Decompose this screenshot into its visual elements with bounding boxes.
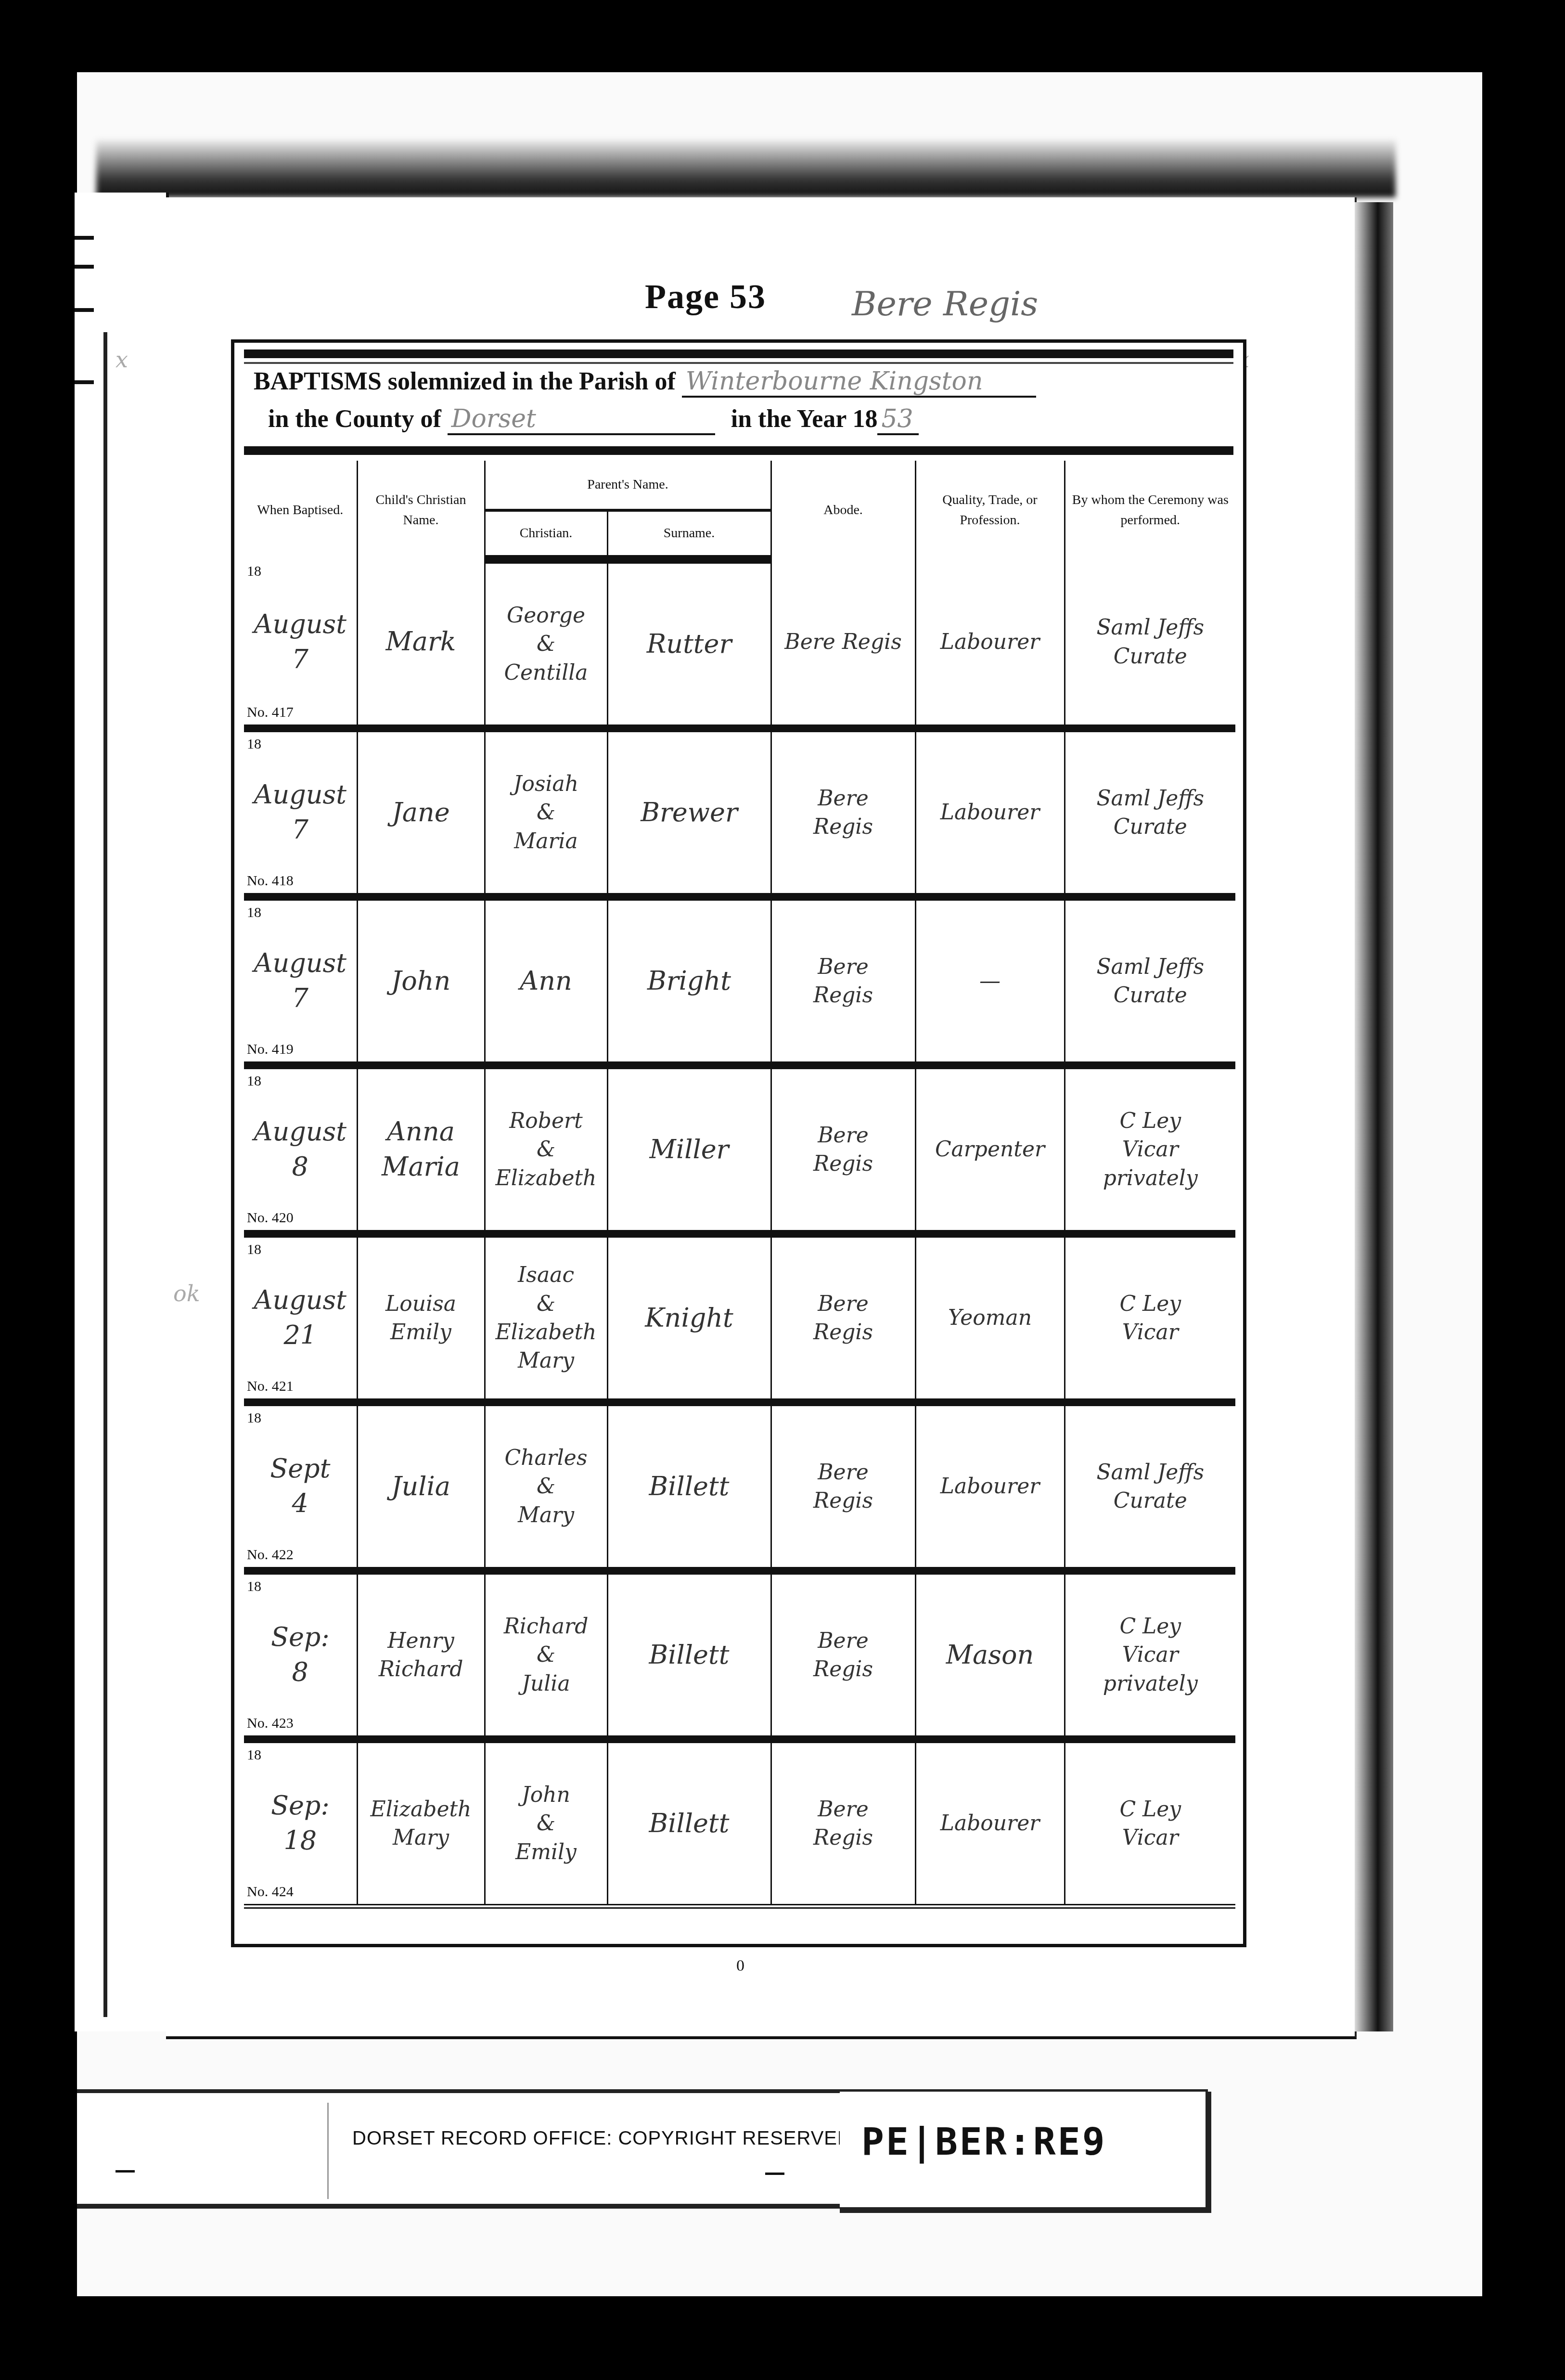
parish-annotation: Bere Regis <box>852 284 1038 323</box>
date-cell: 18August 7No. 419 <box>244 897 357 1065</box>
abode-cell: Bere Regis <box>771 897 915 1065</box>
child-name-cell: John <box>357 897 485 1065</box>
date-cell: 18August 7No. 417 <box>244 559 357 728</box>
profession-cell: Yeoman <box>915 1234 1065 1402</box>
abode-cell: Bere Regis <box>771 1234 915 1402</box>
child-name-cell: Louisa Emily <box>357 1234 485 1402</box>
table-row: 18August 7No. 418 Jane Josiah & Maria Br… <box>244 728 1235 897</box>
surname-cell: Billett <box>607 1739 771 1906</box>
table-row: 18August 21No. 421 Louisa Emily Isaac & … <box>244 1234 1235 1402</box>
surname-cell: Knight <box>607 1234 771 1402</box>
profession-cell: Labourer <box>915 559 1065 728</box>
archive-reference: PE|BER:RE9 <box>861 2121 1107 2164</box>
county-field: Dorset <box>448 404 715 435</box>
surname-cell: Miller <box>607 1065 771 1234</box>
year-field: 53 <box>877 404 919 435</box>
abode-cell: Bere Regis <box>771 559 915 728</box>
book-shadow <box>96 140 1396 197</box>
officiant-cell: C Ley Vicar <box>1065 1234 1235 1402</box>
table-row: 18August 7No. 419 John Ann Bright Bere R… <box>244 897 1235 1065</box>
col-officiant: By whom the Ceremony was performed. <box>1065 461 1235 559</box>
baptism-register-table: BAPTISMS solemnized in the Parish of Win… <box>231 339 1246 1947</box>
profession-cell: Labourer <box>915 728 1065 897</box>
date-cell: 18August 8No. 420 <box>244 1065 357 1234</box>
parent-christian-cell: Ann <box>485 897 607 1065</box>
col-parent-surname: Surname. <box>607 510 771 559</box>
date-cell: 18August 7No. 418 <box>244 728 357 897</box>
child-name-cell: Julia <box>357 1402 485 1571</box>
abode-cell: Bere Regis <box>771 728 915 897</box>
surname-cell: Billett <box>607 1571 771 1739</box>
parent-christian-cell: Josiah & Maria <box>485 728 607 897</box>
entry-number: No. 418 <box>247 873 294 889</box>
entry-number: No. 424 <box>247 1884 294 1900</box>
entry-number: No. 423 <box>247 1715 294 1732</box>
copyright-notice: DORSET RECORD OFFICE: COPYRIGHT RESERVED <box>352 2128 852 2149</box>
profession-cell: Mason <box>915 1571 1065 1739</box>
archive-reference-box: PE|BER:RE9 <box>840 2092 1211 2213</box>
register-header: BAPTISMS solemnized in the Parish of Win… <box>234 343 1243 453</box>
officiant-cell: C Ley Vicar privately <box>1065 1571 1235 1739</box>
parent-christian-cell: George & Centilla <box>485 559 607 728</box>
parent-christian-cell: Richard & Julia <box>485 1571 607 1739</box>
col-parent-christian: Christian. <box>485 510 607 559</box>
officiant-cell: Saml Jeffs Curate <box>1065 559 1235 728</box>
col-when-baptised: When Baptised. <box>244 461 357 559</box>
col-parents-name: Parent's Name. <box>485 461 771 510</box>
child-name-cell: Elizabeth Mary <box>357 1739 485 1906</box>
parent-christian-cell: John & Emily <box>485 1739 607 1906</box>
profession-cell: — <box>915 897 1065 1065</box>
abode-cell: Bere Regis <box>771 1739 915 1906</box>
entries-table: When Baptised. Child's Christian Name. P… <box>244 461 1235 1909</box>
child-name-cell: Mark <box>357 559 485 728</box>
col-abode: Abode. <box>771 461 915 559</box>
profession-cell: Carpenter <box>915 1065 1065 1234</box>
col-profession: Quality, Trade, or Profession. <box>915 461 1065 559</box>
register-title-line: BAPTISMS solemnized in the Parish of Win… <box>254 367 1036 398</box>
parish-field: Winterbourne Kingston <box>682 367 1036 398</box>
abode-cell: Bere Regis <box>771 1065 915 1234</box>
surname-cell: Billett <box>607 1402 771 1571</box>
child-name-cell: Jane <box>357 728 485 897</box>
table-row: 18Sep: 8No. 423 Henry Richard Richard & … <box>244 1571 1235 1739</box>
page-number: Page 53 <box>645 277 766 317</box>
surname-cell: Bright <box>607 897 771 1065</box>
table-row: 18August 7No. 417 Mark George & Centilla… <box>244 559 1235 728</box>
officiant-cell: C Ley Vicar <box>1065 1739 1235 1906</box>
abode-cell: Bere Regis <box>771 1402 915 1571</box>
entry-number: No. 422 <box>247 1547 294 1563</box>
margin-mark: ok <box>173 1281 200 1306</box>
date-cell: 18Sept 4No. 422 <box>244 1402 357 1571</box>
profession-cell: Labourer <box>915 1739 1065 1906</box>
officiant-cell: Saml Jeffs Curate <box>1065 728 1235 897</box>
col-child-name: Child's Christian Name. <box>357 461 485 559</box>
folio-mark: 0 <box>736 1957 744 1975</box>
parent-christian-cell: Charles & Mary <box>485 1402 607 1571</box>
date-cell: 18Sep: 8No. 423 <box>244 1571 357 1739</box>
abode-cell: Bere Regis <box>771 1571 915 1739</box>
parent-christian-cell: Robert & Elizabeth <box>485 1065 607 1234</box>
entry-number: No. 419 <box>247 1041 294 1058</box>
margin-mark: x <box>115 347 128 373</box>
entry-number: No. 417 <box>247 704 294 721</box>
child-name-cell: Anna Maria <box>357 1065 485 1234</box>
table-row: 18Sept 4No. 422 Julia Charles & Mary Bil… <box>244 1402 1235 1571</box>
child-name-cell: Henry Richard <box>357 1571 485 1739</box>
table-row: 18August 8No. 420 Anna Maria Robert & El… <box>244 1065 1235 1234</box>
parent-christian-cell: Isaac & Elizabeth Mary <box>485 1234 607 1402</box>
left-facing-page-edge <box>75 193 169 2031</box>
officiant-cell: C Ley Vicar privately <box>1065 1065 1235 1234</box>
date-cell: 18Sep: 18No. 424 <box>244 1739 357 1906</box>
table-row: 18Sep: 18No. 424 Elizabeth Mary John & E… <box>244 1739 1235 1906</box>
book-fore-edge <box>1355 202 1393 2031</box>
officiant-cell: Saml Jeffs Curate <box>1065 1402 1235 1571</box>
date-cell: 18August 21No. 421 <box>244 1234 357 1402</box>
entry-number: No. 421 <box>247 1378 294 1395</box>
profession-cell: Labourer <box>915 1402 1065 1571</box>
officiant-cell: Saml Jeffs Curate <box>1065 897 1235 1065</box>
surname-cell: Rutter <box>607 559 771 728</box>
entry-number: No. 420 <box>247 1210 294 1226</box>
surname-cell: Brewer <box>607 728 771 897</box>
register-county-line: in the County of Dorset in the Year 1853 <box>268 404 919 435</box>
